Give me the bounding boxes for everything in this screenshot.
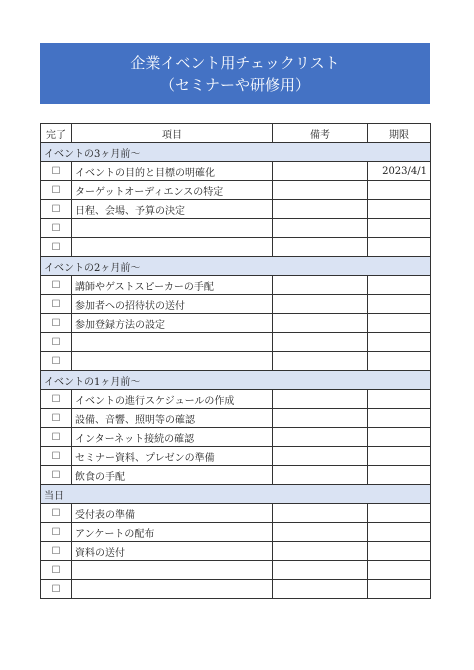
checkbox[interactable]: ☐	[41, 181, 72, 200]
checkbox[interactable]: ☐	[41, 523, 72, 542]
item-cell[interactable]: 資料の送付	[72, 542, 273, 561]
notes-cell[interactable]	[273, 181, 368, 200]
checkbox[interactable]: ☐	[41, 162, 72, 181]
notes-cell[interactable]	[273, 447, 368, 466]
header-done: 完了	[41, 124, 72, 143]
table-row: ☐参加登録方法の設定	[41, 314, 431, 333]
item-cell[interactable]: ターゲットオーディエンスの特定	[72, 181, 273, 200]
table-row: ☐セミナー資料、プレゼンの準備	[41, 447, 431, 466]
table-row: ☐講師やゲストスピーカーの手配	[41, 276, 431, 295]
table-row: ☐設備、音響、照明等の確認	[41, 409, 431, 428]
header-notes: 備考	[273, 124, 368, 143]
header-deadline: 期限	[368, 124, 431, 143]
table-row: ☐参加者への招待状の送付	[41, 295, 431, 314]
notes-cell[interactable]	[273, 580, 368, 599]
deadline-cell[interactable]	[368, 523, 431, 542]
notes-cell[interactable]	[273, 200, 368, 219]
notes-cell[interactable]	[273, 333, 368, 352]
checkbox[interactable]: ☐	[41, 542, 72, 561]
table-row: ☐受付表の準備	[41, 504, 431, 523]
deadline-cell[interactable]	[368, 390, 431, 409]
item-cell[interactable]	[72, 580, 273, 599]
item-cell[interactable]: 参加者への招待状の送付	[72, 295, 273, 314]
deadline-cell[interactable]	[368, 333, 431, 352]
table-row: ☐	[41, 333, 431, 352]
table-row: ☐	[41, 238, 431, 257]
deadline-cell[interactable]	[368, 352, 431, 371]
deadline-cell[interactable]	[368, 561, 431, 580]
table-row: ☐飲食の手配	[41, 466, 431, 485]
checkbox[interactable]: ☐	[41, 238, 72, 257]
notes-cell[interactable]	[273, 409, 368, 428]
deadline-cell[interactable]	[368, 409, 431, 428]
checkbox[interactable]: ☐	[41, 409, 72, 428]
checkbox[interactable]: ☐	[41, 504, 72, 523]
checkbox[interactable]: ☐	[41, 447, 72, 466]
item-cell[interactable]	[72, 352, 273, 371]
notes-cell[interactable]	[273, 466, 368, 485]
table-row: ☐イベントの進行スケジュールの作成	[41, 390, 431, 409]
deadline-cell[interactable]	[368, 447, 431, 466]
table-row: ☐ターゲットオーディエンスの特定	[41, 181, 431, 200]
table-row: ☐	[41, 561, 431, 580]
deadline-cell[interactable]	[368, 314, 431, 333]
table-row: ☐資料の送付	[41, 542, 431, 561]
item-cell[interactable]: イベントの目的と目標の明確化	[72, 162, 273, 181]
section-label: イベントの1ヶ月前～	[41, 371, 431, 390]
section-label: イベントの2ヶ月前～	[41, 257, 431, 276]
table-row: ☐	[41, 219, 431, 238]
header-item: 項目	[72, 124, 273, 143]
table-row: ☐	[41, 352, 431, 371]
section-header: イベントの2ヶ月前～	[41, 257, 431, 276]
checkbox[interactable]: ☐	[41, 390, 72, 409]
title-line-2: （セミナーや研修用）	[40, 74, 430, 96]
item-cell[interactable]	[72, 238, 273, 257]
deadline-cell[interactable]	[368, 181, 431, 200]
section-label: イベントの3ヶ月前～	[41, 143, 431, 162]
notes-cell[interactable]	[273, 295, 368, 314]
item-cell[interactable]: 参加登録方法の設定	[72, 314, 273, 333]
item-cell[interactable]: アンケートの配布	[72, 523, 273, 542]
item-cell[interactable]: 日程、会場、予算の決定	[72, 200, 273, 219]
checklist-table: 完了 項目 備考 期限 イベントの3ヶ月前～☐イベントの目的と目標の明確化202…	[40, 123, 431, 599]
deadline-cell[interactable]	[368, 428, 431, 447]
notes-cell[interactable]	[273, 314, 368, 333]
notes-cell[interactable]	[273, 162, 368, 181]
item-cell[interactable]: 設備、音響、照明等の確認	[72, 409, 273, 428]
deadline-cell[interactable]	[368, 580, 431, 599]
deadline-cell[interactable]: 2023/4/1	[368, 162, 431, 181]
deadline-cell[interactable]	[368, 219, 431, 238]
item-cell[interactable]: インターネット接続の確認	[72, 428, 273, 447]
table-row: ☐アンケートの配布	[41, 523, 431, 542]
checkbox[interactable]: ☐	[41, 200, 72, 219]
notes-cell[interactable]	[273, 219, 368, 238]
notes-cell[interactable]	[273, 276, 368, 295]
title-banner: 企業イベント用チェックリスト （セミナーや研修用）	[40, 43, 430, 104]
item-cell[interactable]	[72, 561, 273, 580]
item-cell[interactable]: 講師やゲストスピーカーの手配	[72, 276, 273, 295]
item-cell[interactable]	[72, 219, 273, 238]
checkbox[interactable]: ☐	[41, 276, 72, 295]
table-row: ☐	[41, 580, 431, 599]
checklist-body: イベントの3ヶ月前～☐イベントの目的と目標の明確化2023/4/1☐ターゲットオ…	[41, 143, 431, 599]
notes-cell[interactable]	[273, 390, 368, 409]
checkbox[interactable]: ☐	[41, 466, 72, 485]
item-cell[interactable]: 飲食の手配	[72, 466, 273, 485]
section-header: イベントの1ヶ月前～	[41, 371, 431, 390]
notes-cell[interactable]	[273, 523, 368, 542]
notes-cell[interactable]	[273, 504, 368, 523]
table-row: ☐日程、会場、予算の決定	[41, 200, 431, 219]
deadline-cell[interactable]	[368, 466, 431, 485]
deadline-cell[interactable]	[368, 200, 431, 219]
table-row: ☐インターネット接続の確認	[41, 428, 431, 447]
checkbox[interactable]: ☐	[41, 333, 72, 352]
item-cell[interactable]: イベントの進行スケジュールの作成	[72, 390, 273, 409]
deadline-cell[interactable]	[368, 504, 431, 523]
deadline-cell[interactable]	[368, 295, 431, 314]
section-label: 当日	[41, 485, 431, 504]
notes-cell[interactable]	[273, 238, 368, 257]
checkbox[interactable]: ☐	[41, 219, 72, 238]
section-header: イベントの3ヶ月前～	[41, 143, 431, 162]
item-cell[interactable]: 受付表の準備	[72, 504, 273, 523]
checkbox[interactable]: ☐	[41, 428, 72, 447]
notes-cell[interactable]	[273, 561, 368, 580]
checkbox[interactable]: ☐	[41, 352, 72, 371]
notes-cell[interactable]	[273, 542, 368, 561]
deadline-cell[interactable]	[368, 542, 431, 561]
deadline-cell[interactable]	[368, 238, 431, 257]
title-line-1: 企業イベント用チェックリスト	[40, 52, 430, 74]
table-row: ☐イベントの目的と目標の明確化2023/4/1	[41, 162, 431, 181]
section-header: 当日	[41, 485, 431, 504]
notes-cell[interactable]	[273, 352, 368, 371]
item-cell[interactable]	[72, 333, 273, 352]
checkbox[interactable]: ☐	[41, 580, 72, 599]
item-cell[interactable]: セミナー資料、プレゼンの準備	[72, 447, 273, 466]
notes-cell[interactable]	[273, 428, 368, 447]
checkbox[interactable]: ☐	[41, 314, 72, 333]
checkbox[interactable]: ☐	[41, 295, 72, 314]
header-row: 完了 項目 備考 期限	[41, 124, 431, 143]
deadline-cell[interactable]	[368, 276, 431, 295]
checkbox[interactable]: ☐	[41, 561, 72, 580]
